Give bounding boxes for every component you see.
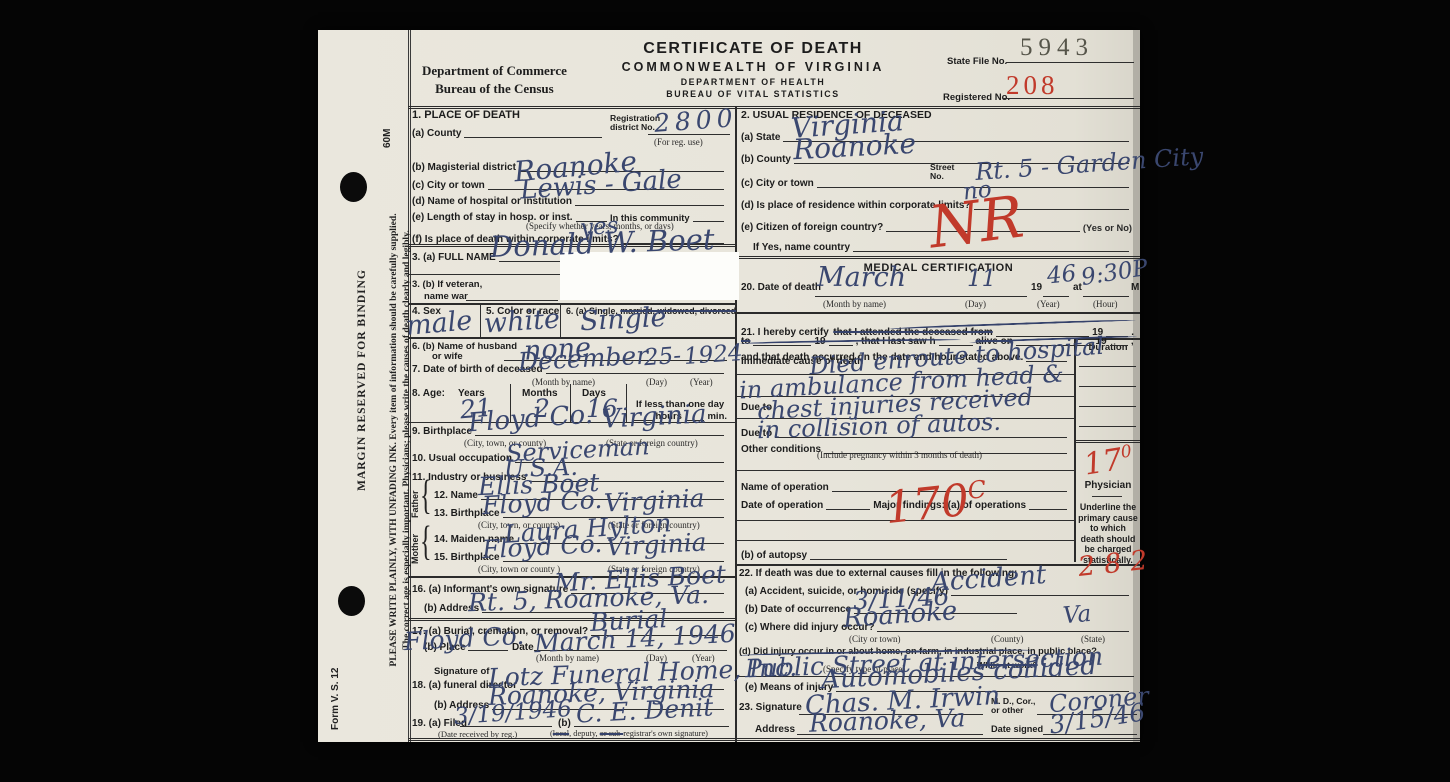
scanned-death-certificate: 60M PLEASE WRITE PLAINLY, WITH UNFADING … [0, 0, 1450, 782]
label: If Yes, name country [753, 242, 850, 253]
label: 20. Date of death [741, 282, 821, 293]
label: Address [755, 724, 795, 735]
label: district No. [610, 122, 655, 132]
death-year-value: 46 [1046, 261, 1078, 290]
injury-state-value: Va [1062, 601, 1092, 629]
certificate-paper: 60M PLEASE WRITE PLAINLY, WITH UNFADING … [318, 30, 1140, 742]
margin-instructions-line1: PLEASE WRITE PLAINLY, WITH UNFADING INK.… [388, 162, 399, 718]
sex-value: male [405, 305, 474, 342]
label: (e) Length of stay in hosp. or inst. [412, 212, 573, 223]
certificate-header: Department of Commerce Bureau of the Cen… [408, 30, 1140, 109]
physician-label: Physician [1076, 480, 1140, 491]
certifier-address-value: Roanoke, Va [809, 703, 966, 737]
mother-brace: { [420, 521, 432, 567]
label: (c) City or town [741, 178, 814, 189]
father-group-label: Father [410, 490, 420, 518]
father-brace: { [420, 475, 432, 521]
rule [737, 312, 1140, 314]
certificate-title: CERTIFICATE OF DEATH [588, 40, 918, 58]
label: or wife [432, 351, 463, 362]
label: (b) Magisterial district [412, 162, 516, 173]
mother-birthplace-state-value: Virginia [605, 527, 707, 561]
label: M [1131, 282, 1139, 293]
label: Name of operation [741, 482, 829, 493]
label: min. [707, 411, 727, 422]
registration-district-value: 2800 [653, 103, 738, 138]
label: 10. Usual occupation [412, 453, 512, 464]
label: (a) State [741, 132, 780, 143]
label-struck: to [741, 336, 750, 347]
note: (Day) [646, 377, 667, 387]
label: In this community [610, 213, 690, 223]
cell-divider [480, 303, 481, 337]
registrar-signature-value: C. E. Denit [575, 692, 714, 728]
label: (b) County [741, 154, 791, 165]
mother-group-label: Mother [410, 534, 420, 564]
field-county: (a) County [412, 128, 605, 139]
duration-sidebar: Duration 170 Physician Underline the pri… [1074, 338, 1140, 562]
margin-binding-label: MARGIN RESERVED FOR BINDING [356, 150, 368, 610]
registered-number: 208 [1006, 70, 1059, 101]
label: 3. (a) FULL NAME [412, 252, 496, 263]
birthplace-state-value: Virginia [601, 399, 707, 434]
note: (Year) [1037, 299, 1060, 309]
note: (Month by name) [823, 299, 886, 309]
red-code-170c: 170C [883, 473, 990, 534]
death-month-value: March [817, 262, 906, 293]
field-line [826, 507, 870, 510]
label: (b) of autopsy [741, 550, 807, 561]
note: (local, deputy, or sub-registrar's own s… [550, 729, 708, 738]
field-line [575, 203, 724, 206]
note: (Yes or No) [1083, 223, 1132, 233]
field-autopsy: (b) of autopsy [741, 550, 1010, 561]
field-line [829, 343, 853, 346]
note: (Hour) [1093, 299, 1118, 309]
red-code-282: 282 [1077, 544, 1158, 583]
label: (c) City or town [412, 180, 485, 191]
print-code: 60M [382, 104, 393, 148]
label: 23. Signature [739, 702, 802, 713]
note: (Year) [690, 377, 713, 387]
state-file-number: 5943 [1020, 34, 1094, 62]
agency-line1: Department of Commerce [422, 62, 567, 80]
label: 3. (b) If veteran, [412, 279, 482, 290]
note: (Day) [965, 299, 986, 309]
form-bottom-rule [408, 738, 1140, 741]
rule [408, 303, 735, 305]
binding-margin: 60M PLEASE WRITE PLAINLY, WITH UNFADING … [318, 30, 411, 742]
field-line [1110, 343, 1128, 346]
label: Signature of [434, 666, 489, 677]
note: (City, town or county ) [478, 564, 560, 574]
label: Other conditions [741, 444, 821, 455]
label: ; [1131, 336, 1134, 347]
label: 6. (b) Name of husband [412, 341, 517, 352]
label: (e) Citizen of foreign country? [741, 222, 883, 233]
red-nr-annotation: NR [925, 182, 1027, 261]
field-residence-city: (c) City or town [741, 178, 1132, 189]
label: 8. Age: [412, 388, 445, 399]
field-line [464, 135, 602, 138]
label: 9. Birthplace [412, 426, 472, 437]
label: 19 [1031, 282, 1042, 293]
label: name war [424, 291, 468, 302]
label: (b) Date of occurrence [745, 604, 851, 615]
registered-no-label: Registered No. [943, 92, 1010, 103]
birth-day-value: 25- [643, 343, 682, 372]
note: (For reg. use) [654, 137, 703, 147]
red-code-170: 170 [1082, 440, 1136, 482]
note: (City or town) [849, 634, 901, 644]
label: Date signed [991, 724, 1043, 734]
field-line [824, 451, 1067, 454]
label: Date of operation [741, 500, 823, 511]
agency-line2: Bureau of the Census [422, 80, 567, 98]
field-length-of-stay: (e) Length of stay in hosp. or inst. In … [412, 212, 727, 223]
label: 12. Name [434, 490, 478, 501]
field-line [1029, 507, 1067, 510]
right-column: 2. USUAL RESIDENCE OF DECEASED (a) State… [737, 106, 1140, 742]
note: (Month by name) [532, 377, 595, 387]
section1-heading: 1. PLACE OF DEATH [412, 109, 520, 121]
bureau-line: BUREAU OF VITAL STATISTICS [588, 89, 918, 99]
punch-hole [338, 586, 365, 616]
note: (County) [991, 634, 1024, 644]
field-line [877, 629, 1129, 632]
punch-hole [340, 172, 367, 202]
commonwealth-line: COMMONWEALTH OF VIRGINIA [588, 60, 918, 74]
state-file-label: State File No. [947, 56, 1007, 67]
form-number: Form V. S. 12 [330, 620, 341, 730]
field-line [810, 557, 1007, 560]
dept-of-health-line: DEPARTMENT OF HEALTH [588, 77, 918, 87]
field-other-conditions: Other conditions [741, 444, 1070, 455]
residence-county-value: Roanoke [792, 127, 917, 166]
marital-status-value: Single [579, 302, 667, 337]
label: (a) County [412, 128, 461, 139]
birth-year-value: 1924 [683, 340, 743, 370]
death-day-value: 11 [967, 266, 996, 292]
left-column: 1. PLACE OF DEATH (a) County Registratio… [408, 106, 737, 742]
